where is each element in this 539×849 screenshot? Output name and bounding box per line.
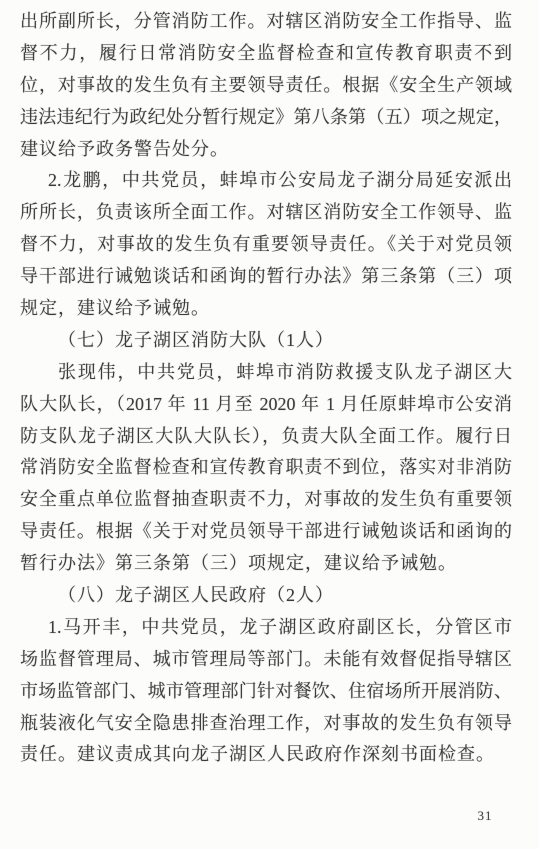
document-line: 市场监管部门、城市管理部门针对餐饮、住宿场所开展消防、 xyxy=(20,676,512,708)
document-line: 瓶装液化气安全隐患排查治理工作，对事故的发生负有领导 xyxy=(20,708,512,740)
document-line: 2.龙鹏，中共党员，蚌埠市公安局龙子湖分局延安派出 xyxy=(20,165,512,197)
document-line: 1.马开丰，中共党员，龙子湖区政府副区长，分管区市 xyxy=(20,612,512,644)
document-line: 安全重点单位监督抽查职责不力，对事故的发生负有重要领 xyxy=(20,484,512,516)
document-line: 出所副所长，分管消防工作。对辖区消防安全工作指导、监 xyxy=(20,6,512,38)
document-line: 规定，建议给予诫勉。 xyxy=(20,293,512,325)
document-page: 出所副所长，分管消防工作。对辖区消防安全工作指导、监督不力，履行日常消防安全监督… xyxy=(0,0,539,849)
document-line: 所所长，负责该所全面工作。对辖区消防安全工作领导、监 xyxy=(20,197,512,229)
document-line: 防支队龙子湖区大队大队长），负责大队全面工作。履行日 xyxy=(20,421,512,453)
document-line: 建议给予政务警告处分。 xyxy=(20,134,512,166)
document-line: （八）龙子湖区人民政府（2人） xyxy=(20,580,512,612)
document-line: 责任。建议责成其向龙子湖区人民政府作深刻书面检查。 xyxy=(20,739,512,771)
document-line: 导干部进行诫勉谈话和函询的暂行办法》第三条第（三）项 xyxy=(20,261,512,293)
document-line: 督不力，对事故的发生负有重要领导责任。《关于对党员领 xyxy=(20,229,512,261)
document-line: 暂行办法》第三条第（三）项规定，建议给予诫勉。 xyxy=(20,548,512,580)
document-line: 导责任。根据《关于对党员领导干部进行诫勉谈话和函询的 xyxy=(20,516,512,548)
document-line: 违法违纪行为政纪处分暂行规定》第八条第（五）项之规定， xyxy=(20,102,512,134)
document-line: 位，对事故的发生负有主要领导责任。根据《安全生产领域 xyxy=(20,70,512,102)
document-line: 常消防安全监督检查和宣传教育职责不到位，落实对非消防 xyxy=(20,452,512,484)
page-number: 31 xyxy=(470,806,500,826)
document-line: 队大队长，（2017 年 11 月至 2020 年 1 月任原蚌埠市公安消 xyxy=(20,389,512,421)
document-line: （七）龙子湖区消防大队（1人） xyxy=(20,325,512,357)
document-line: 张现伟，中共党员，蚌埠市消防救援支队龙子湖区大 xyxy=(20,357,512,389)
document-body: 出所副所长，分管消防工作。对辖区消防安全工作指导、监督不力，履行日常消防安全监督… xyxy=(20,6,512,771)
document-line: 督不力，履行日常消防安全监督检查和宣传教育职责不到 xyxy=(20,38,512,70)
document-line: 场监督管理局、城市管理局等部门。未能有效督促指导辖区 xyxy=(20,644,512,676)
